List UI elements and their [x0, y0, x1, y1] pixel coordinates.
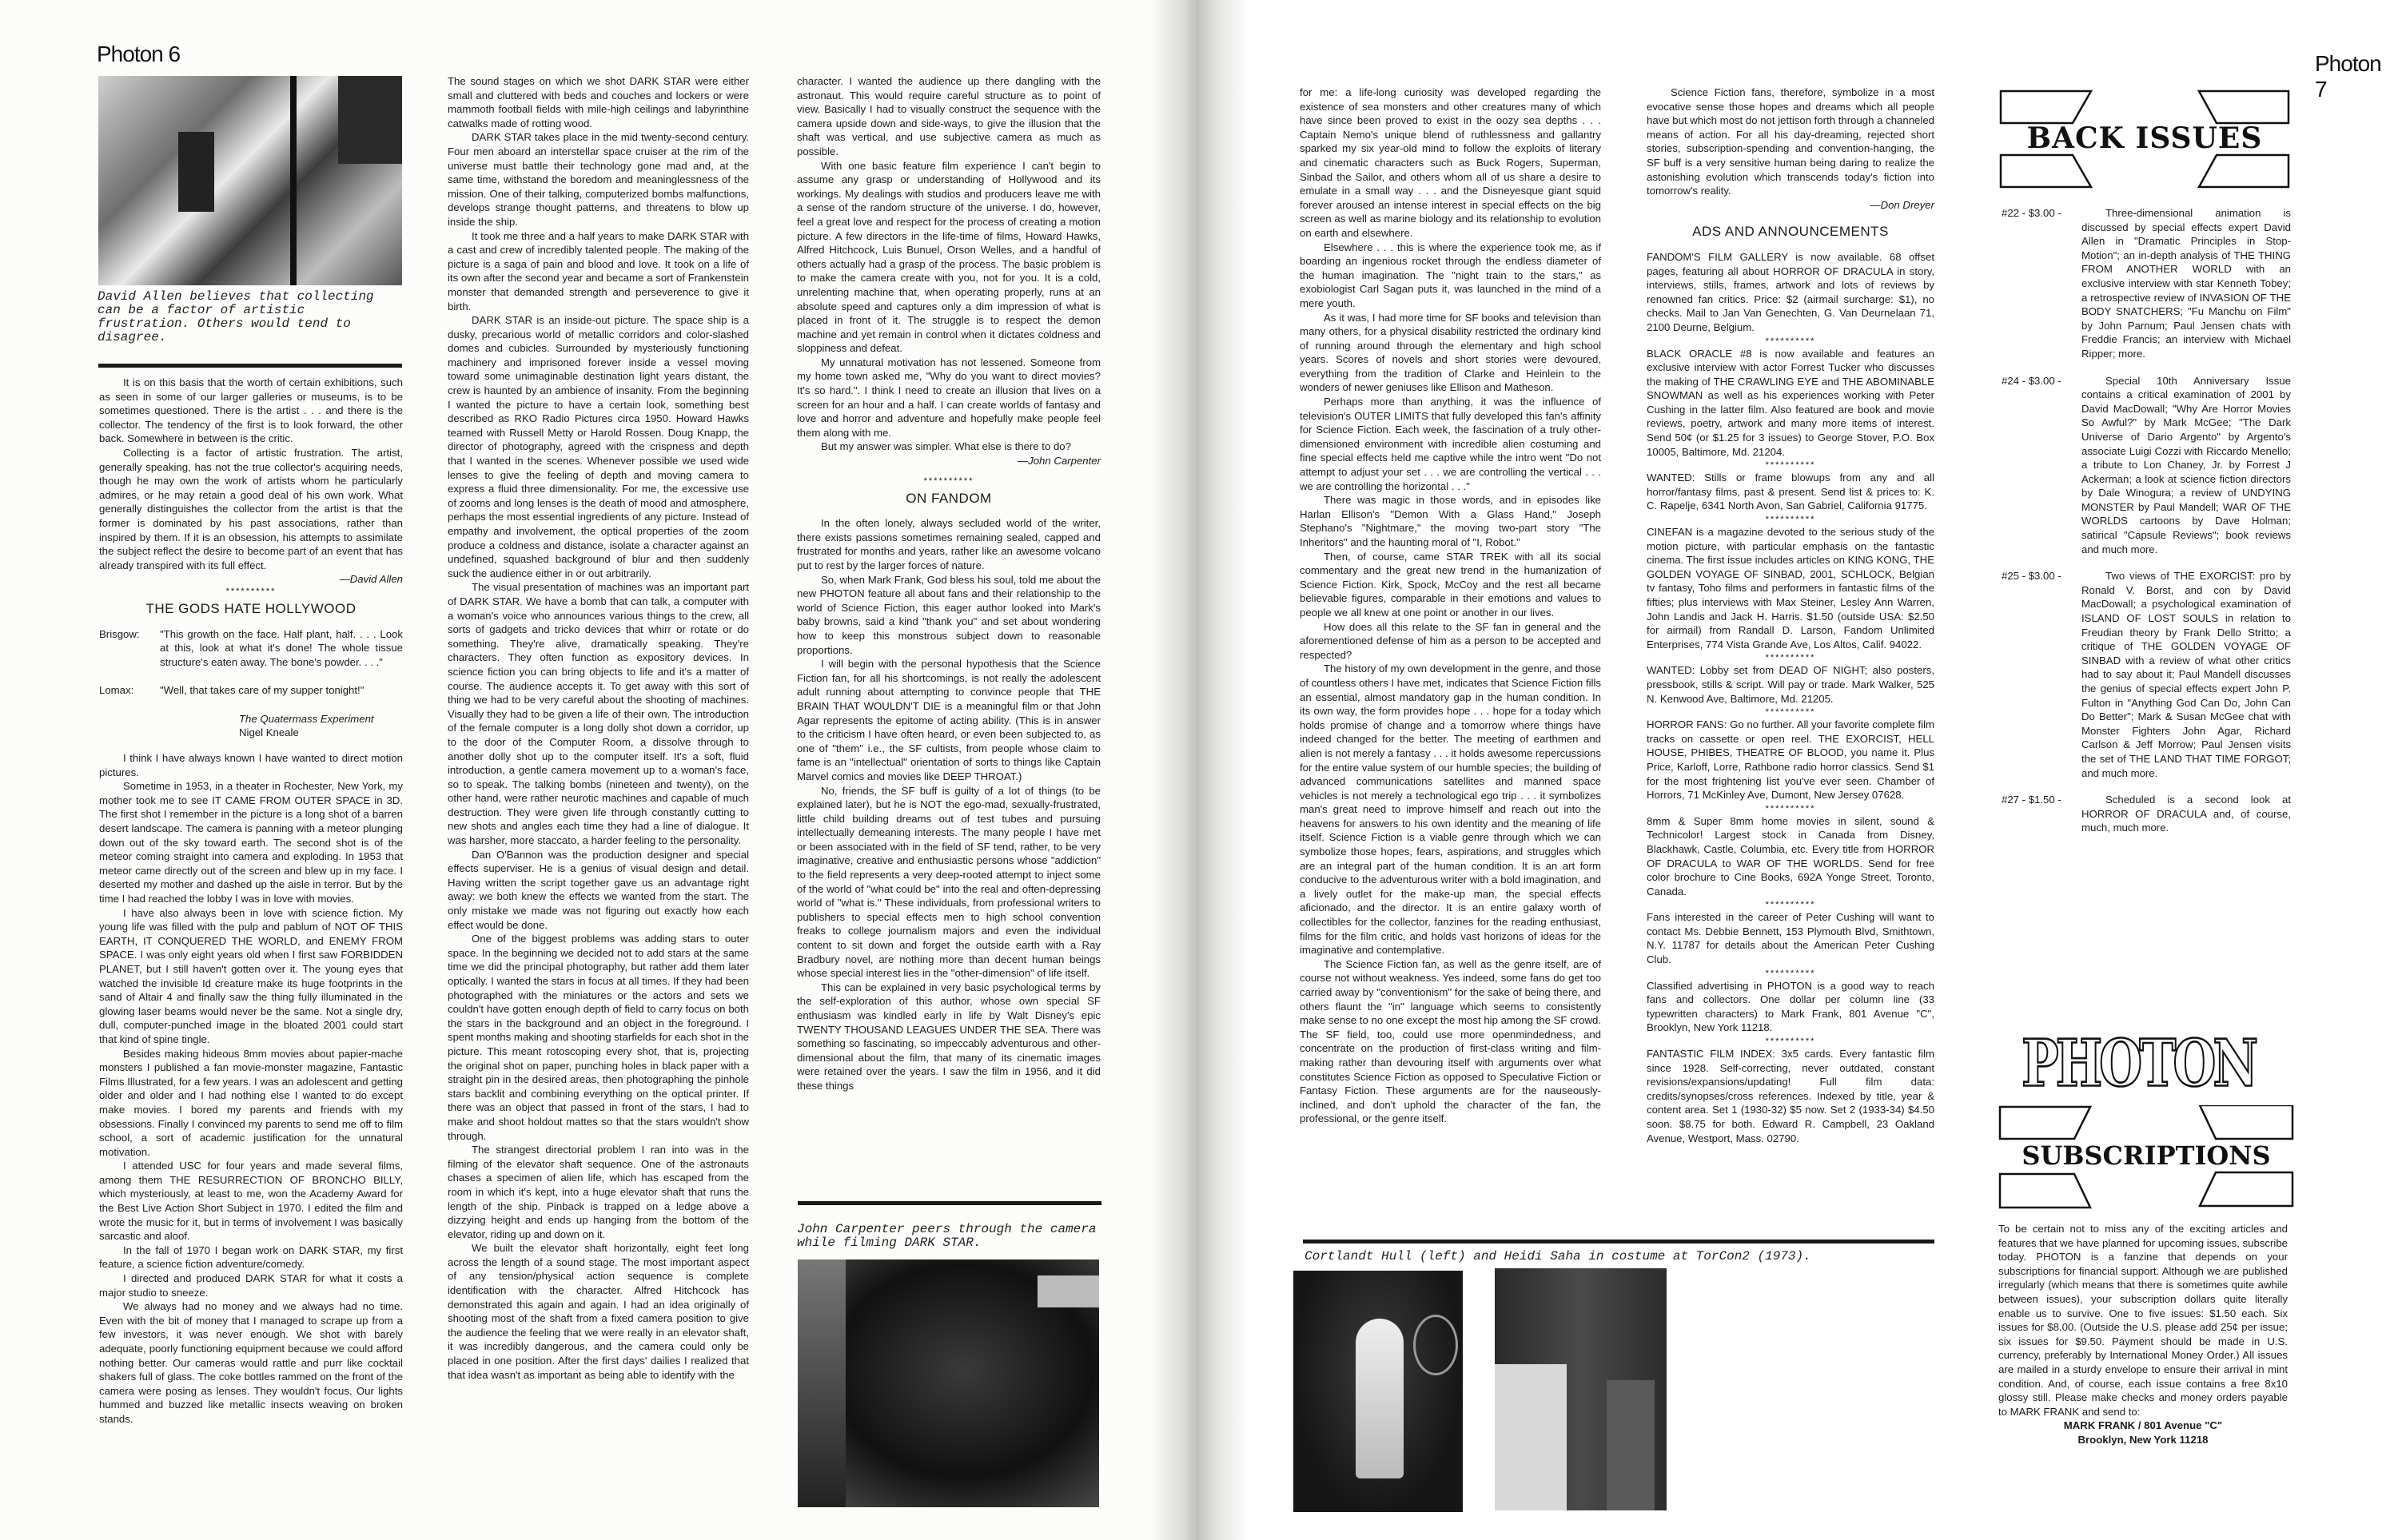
ad-text: WANTED: Stills or frame blowups from any… — [1647, 471, 1934, 513]
ad-item: 8mm & Super 8mm home movies in silent, s… — [1647, 814, 1934, 899]
carpenter-col2-para-1: The sound stages on which we shot DARK S… — [448, 74, 749, 130]
fandom-para-2: So, when Mark Frank, God bless his soul,… — [797, 573, 1101, 658]
ad-item: BLACK ORACLE #8 is now available and fea… — [1647, 347, 1934, 460]
source-title: The Quatermass Experiment — [239, 712, 403, 726]
ad-text: WANTED: Lobby set from DEAD OF NIGHT; al… — [1647, 663, 1934, 706]
ad-text: HORROR FANS: Go no further. All your fav… — [1647, 718, 1934, 802]
fandom-cont-para-7: How does all this relate to the SF fan i… — [1300, 620, 1601, 663]
fandom-para-3: I will begin with the personal hypothesi… — [797, 657, 1101, 783]
carpenter-col2-para-8: The strangest directorial problem I ran … — [448, 1143, 749, 1241]
fandom-para-1: In the often lonely, always secluded wor… — [797, 516, 1101, 572]
back-issue-22: #22 - $3.00 - Three-dimensional animatio… — [2002, 206, 2291, 361]
issue-price-label: #24 - $3.00 - — [2002, 374, 2081, 557]
source-author: Nigel Kneale — [239, 726, 403, 740]
page-right: Photon 7 for me: a life-long curiosity w… — [1199, 0, 2398, 1540]
photo-carpenter-camera — [798, 1259, 1099, 1507]
fandom-para-4: No, friends, the SF buff is guilty of a … — [797, 784, 1101, 981]
fandom-cont-para-2: Elsewhere . . . this is where the experi… — [1300, 241, 1601, 311]
issue-price-label: #27 - $1.50 - — [2002, 793, 2081, 835]
ad-text: BLACK ORACLE #8 is now available and fea… — [1647, 347, 1934, 460]
photo-caption-torcon: Cortlandt Hull (left) and Heidi Saha in … — [1305, 1250, 1944, 1263]
carpenter-para-1: I think I have always known I have wante… — [99, 751, 403, 779]
carpenter-col3-para-4: But my answer was simpler. What else is … — [797, 440, 1101, 454]
carpenter-para-2: Sometime in 1953, in a theater in Roches… — [99, 779, 403, 905]
back-issues-list: #22 - $3.00 - Three-dimensional animatio… — [2002, 206, 2291, 848]
carpenter-col2-para-6: Dan O'Bannon was the production designer… — [448, 848, 749, 933]
ad-item: WANTED: Stills or frame blowups from any… — [1647, 471, 1934, 513]
ad-item: CINEFAN is a magazine devoted to the ser… — [1647, 525, 1934, 651]
ad-separator: ********** — [1647, 336, 1934, 347]
back-issues-title: BACK ISSUES — [1999, 121, 2290, 155]
carpenter-para-5: I attended USC for four years and made s… — [99, 1159, 403, 1244]
fandom-cont-para-6: Then, of course, came STAR TREK with all… — [1300, 550, 1601, 620]
photo-collection-room — [98, 76, 402, 285]
window-light — [1038, 1275, 1099, 1307]
binding-shadow-left — [1151, 0, 1199, 1540]
folio-left: Photon 6 — [97, 42, 180, 67]
caption-rule — [98, 364, 402, 368]
background-shape — [798, 1259, 846, 1507]
back-issue-25: #25 - $3.00 - Two views of THE EXORCIST:… — [2002, 569, 2291, 780]
collecting-para-2: Collecting is a factor of artistic frust… — [99, 446, 403, 572]
photon-logo: PHOTON — [2054, 1031, 2222, 1095]
costume-cape — [1607, 1380, 1655, 1510]
fandom-cont-para-1: for me: a life-long curiosity was develo… — [1300, 86, 1601, 241]
section-separator: ********** — [99, 587, 403, 597]
column-left-1: It is on this basis that the worth of ce… — [99, 376, 403, 1427]
ad-separator: ********** — [1647, 804, 1934, 814]
door-edge — [290, 76, 297, 285]
address-line-1: MARK FRANK / 801 Avenue "C" — [1998, 1419, 2288, 1433]
line-brisgow: "This growth on the face. Half plant, ha… — [160, 627, 403, 670]
folio-right: Photon 7 — [2315, 51, 2398, 102]
carpenter-para-3: I have also always been in love with sci… — [99, 906, 403, 1047]
issue-description: Scheduled is a second look at HORROR OF … — [2081, 793, 2291, 835]
fandom-cont-para-5: There was magic in those words, and in e… — [1300, 493, 1601, 549]
ad-separator: ********** — [1647, 707, 1934, 718]
carpenter-col2-para-7: One of the biggest problems was adding s… — [448, 932, 749, 1143]
ad-text: FANDOM'S FILM GALLERY is now available. … — [1647, 250, 1934, 335]
speaker-lomax: Lomax: — [99, 683, 155, 698]
photo-caption-carpenter: John Carpenter peers through the camera … — [797, 1223, 1105, 1250]
issue-price-label: #25 - $3.00 - — [2002, 569, 2081, 780]
ad-separator: ********** — [1647, 460, 1934, 471]
white-cloak-figure — [1356, 1319, 1404, 1478]
ad-item: Fans interested in the career of Peter C… — [1647, 910, 1934, 966]
fandom-cont-para-4: Perhaps more than anything, it was the i… — [1300, 395, 1601, 493]
ad-separator: ********** — [1647, 900, 1934, 910]
issue-price-label: #22 - $3.00 - — [2002, 206, 2081, 361]
back-issues-banner: BACK ISSUES — [1999, 90, 2290, 189]
ad-separator: ********** — [1647, 515, 1934, 525]
ad-separator: ********** — [1647, 653, 1934, 663]
photo-caption-allen: David Allen believes that collecting can… — [98, 290, 401, 344]
section-separator: ********** — [797, 476, 1101, 487]
caption-rule — [1303, 1240, 1934, 1244]
column-right-1: for me: a life-long curiosity was develo… — [1300, 86, 1601, 1126]
page-left: Photon 6 David Allen believes that colle… — [0, 0, 1199, 1540]
ad-text: FANTASTIC FILM INDEX: 3x5 cards. Every f… — [1647, 1047, 1934, 1145]
issue-description: Three-dimensional animation is discussed… — [2081, 206, 2291, 361]
heading-gods-hate-hollywood: THE GODS HATE HOLLYWOOD — [99, 602, 403, 616]
subscriptions-body: To be certain not to miss any of the exc… — [1998, 1222, 2288, 1419]
byline-john-carpenter: —John Carpenter — [797, 454, 1101, 468]
subscriptions-title: SUBSCRIPTIONS — [1998, 1140, 2294, 1171]
issue-description: Special 10th Anniversary Issue contains … — [2081, 374, 2291, 557]
ad-item: FANTASTIC FILM INDEX: 3x5 cards. Every f… — [1647, 1047, 1934, 1145]
byline-david-allen: —David Allen — [99, 572, 403, 587]
column-left-2: The sound stages on which we shot DARK S… — [448, 74, 749, 1382]
speaker-brisgow: Brisgow: — [99, 627, 155, 670]
caption-rule — [798, 1201, 1101, 1205]
ad-text: 8mm & Super 8mm home movies in silent, s… — [1647, 814, 1934, 899]
carpenter-col2-para-2: DARK STAR takes place in the mid twenty-… — [448, 130, 749, 229]
ad-text: Fans interested in the career of Peter C… — [1647, 910, 1934, 966]
fandom-cont-para-3: As it was, I had more time for SF books … — [1300, 311, 1601, 396]
heading-ads-announcements: ADS AND ANNOUNCEMENTS — [1647, 225, 1934, 239]
carpenter-col2-para-3: It took me three and a half years to mak… — [448, 229, 749, 314]
poster-shape — [178, 132, 214, 212]
ad-item: FANDOM'S FILM GALLERY is now available. … — [1647, 250, 1934, 335]
carpenter-para-6: In the fall of 1970 I began work on DARK… — [99, 1244, 403, 1271]
carpenter-para-7: I directed and produced DARK STAR for wh… — [99, 1271, 403, 1299]
framed-art — [338, 76, 402, 164]
subscriptions-banner: SUBSCRIPTIONS — [1998, 1105, 2294, 1209]
heading-on-fandom: ON FANDOM — [797, 491, 1101, 506]
line-lomax: "Well, that takes care of my supper toni… — [160, 683, 403, 698]
byline-don-dreyer: —Don Dreyer — [1647, 198, 1934, 213]
photon-logo-text: PHOTON — [2022, 1025, 2255, 1101]
dialogue-lomax: Lomax: "Well, that takes care of my supp… — [99, 683, 403, 698]
carpenter-para-8: We always had no money and we always had… — [99, 1299, 403, 1426]
back-issue-27: #27 - $1.50 - Scheduled is a second look… — [2002, 793, 2291, 835]
collecting-para-1: It is on this basis that the worth of ce… — [99, 376, 403, 446]
column-right-2: Science Fiction fans, therefore, symboli… — [1647, 86, 1934, 1147]
fandom-cont-para-9: The Science Fiction fan, as well as the … — [1300, 957, 1601, 1126]
ad-text: CINEFAN is a magazine devoted to the ser… — [1647, 525, 1934, 651]
photo-cortlandt-hull — [1293, 1271, 1463, 1512]
carpenter-para-4: Besides making hideous 8mm movies about … — [99, 1047, 403, 1160]
carpenter-col3-para-1: character. I wanted the audience up ther… — [797, 74, 1101, 159]
fandom-closing-para: Science Fiction fans, therefore, symboli… — [1647, 86, 1934, 198]
ad-item: Classified advertising in PHOTON is a go… — [1647, 979, 1934, 1035]
carpenter-col2-para-5: The visual presentation of machines was … — [448, 580, 749, 847]
back-issue-24: #24 - $3.00 - Special 10th Anniversary I… — [2002, 374, 2291, 557]
carpenter-col2-para-4: DARK STAR is an inside-out picture. The … — [448, 313, 749, 580]
photo-heidi-saha — [1495, 1268, 1667, 1510]
subscriptions-text: To be certain not to miss any of the exc… — [1998, 1222, 2288, 1447]
ad-item: WANTED: Lobby set from DEAD OF NIGHT; al… — [1647, 663, 1934, 706]
column-left-3: character. I wanted the audience up ther… — [797, 74, 1101, 1093]
ad-separator: ********** — [1647, 1037, 1934, 1047]
carpenter-col2-para-9: We built the elevator shaft horizontally… — [448, 1241, 749, 1382]
fandom-cont-para-8: The history of my own development in the… — [1300, 662, 1601, 957]
fandom-para-5: This can be explained in very basic psyc… — [797, 981, 1101, 1093]
carpenter-col3-para-2: With one basic feature film experience I… — [797, 159, 1101, 356]
ad-separator: ********** — [1647, 969, 1934, 979]
gramophone-horn — [1413, 1315, 1458, 1375]
issue-description: Two views of THE EXORCIST: pro by Ronald… — [2081, 569, 2291, 780]
ad-text: Classified advertising in PHOTON is a go… — [1647, 979, 1934, 1035]
address-line-2: Brooklyn, New York 11218 — [1998, 1433, 2288, 1447]
white-jacket — [1495, 1364, 1567, 1510]
ad-item: HORROR FANS: Go no further. All your fav… — [1647, 718, 1934, 802]
carpenter-col3-para-3: My unnatural motivation has not lessened… — [797, 356, 1101, 440]
dialogue-brisgow: Brisgow: "This growth on the face. Half … — [99, 627, 403, 670]
